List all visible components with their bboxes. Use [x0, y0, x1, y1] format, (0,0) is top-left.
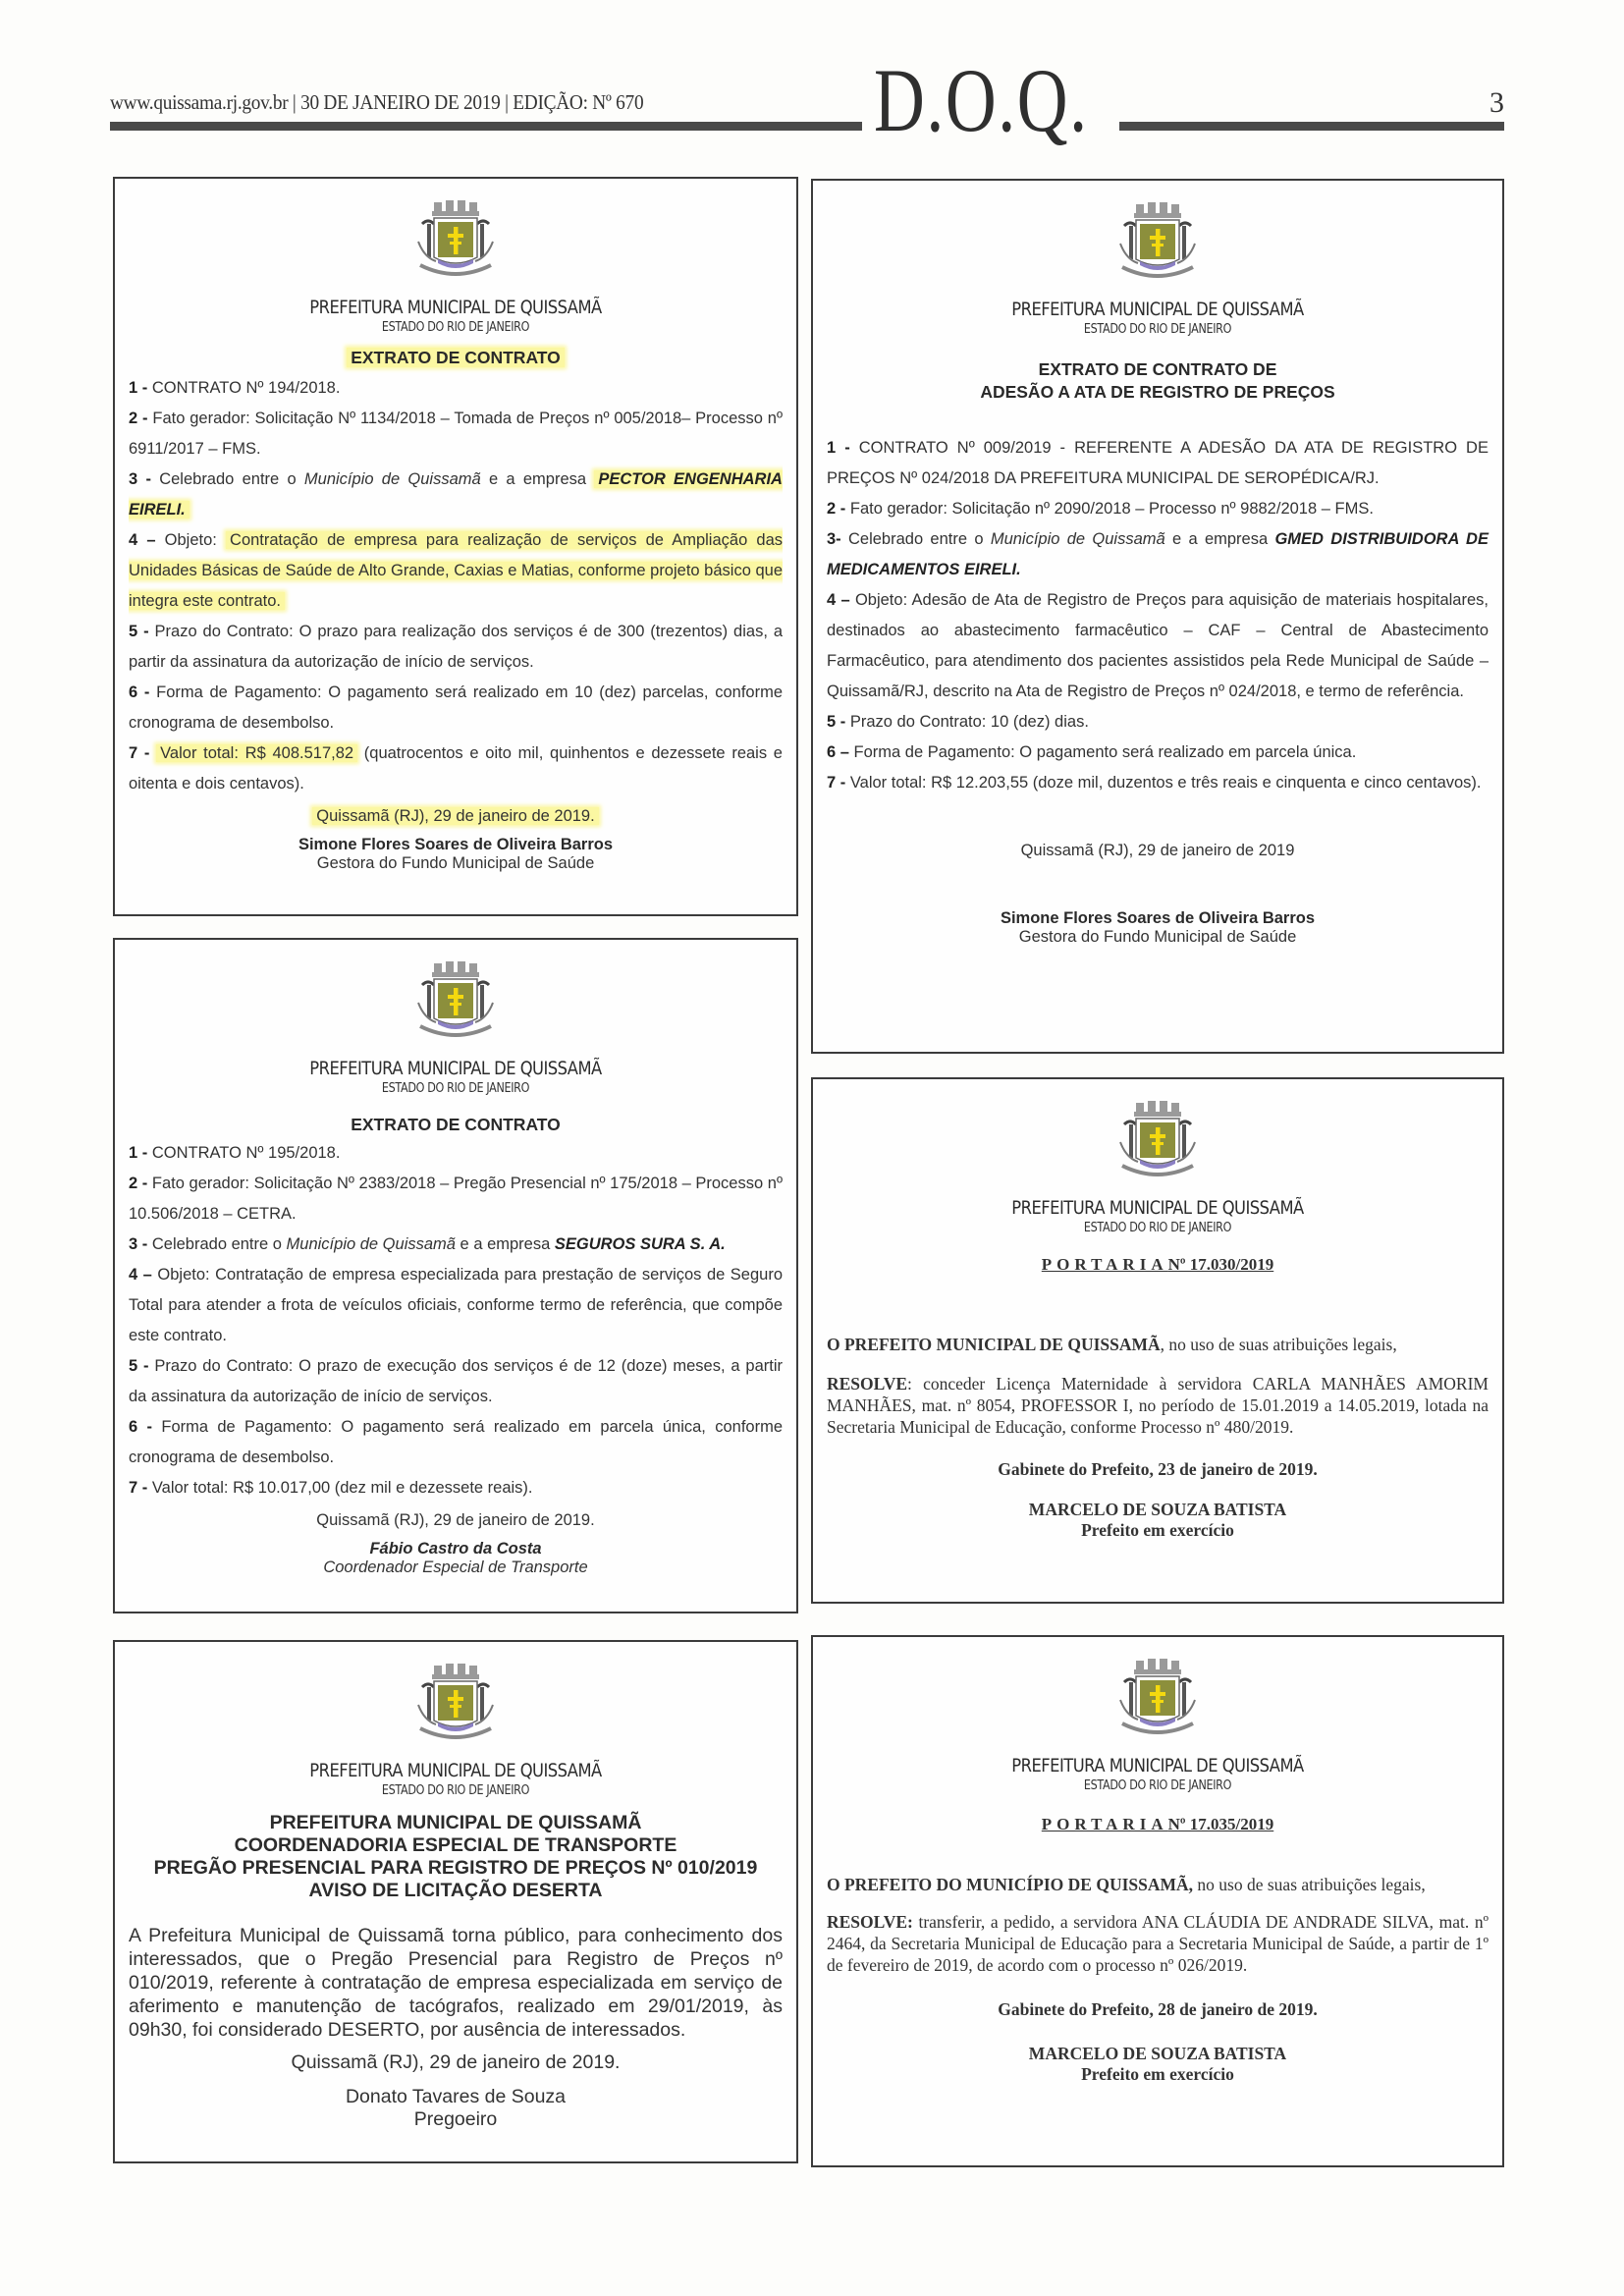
crest [827, 1657, 1489, 1741]
prefeitura-heading: PREFEITURA MUNICIPAL DE QUISSAMÃ [873, 1197, 1442, 1219]
prefeitura-heading: PREFEITURA MUNICIPAL DE QUISSAMÃ [175, 1058, 737, 1079]
aviso-licitacao-deserta-box: PREFEITURA MUNICIPAL DE QUISSAMÃ ESTADO … [113, 1640, 798, 2163]
notice-title: EXTRATO DE CONTRATO DE ADESÃO A ATA DE R… [827, 358, 1489, 404]
crest [129, 198, 783, 283]
portaria-title: PORTARIANº 17.035/2019 [827, 1815, 1489, 1834]
prefeitura-heading: PREFEITURA MUNICIPAL DE QUISSAMÃ [175, 297, 737, 318]
coat-of-arms-icon [1116, 1099, 1199, 1183]
list-item: 5 - Prazo do Contrato: 10 (dez) dias. [827, 707, 1489, 738]
doq-logo: D.O.Q. [874, 55, 1089, 145]
list-item: 2 - Fato gerador: Solicitação Nº 2383/20… [129, 1169, 783, 1230]
list-item: 3 - Celebrado entre o Município de Quiss… [129, 1230, 783, 1260]
estado-subheading: ESTADO DO RIO DE JANEIRO [175, 1783, 737, 1798]
extrato-contrato-194-box: PREFEITURA MUNICIPAL DE QUISSAMÃ ESTADO … [113, 177, 798, 916]
list-item: 4 – Objeto: Contratação de empresa para … [129, 525, 783, 617]
portaria-resolve: RESOLVE: transferir, a pedido, a servido… [827, 1911, 1489, 1976]
portaria-17030-box: PREFEITURA MUNICIPAL DE QUISSAMÃ ESTADO … [811, 1077, 1504, 1604]
list-item: 1 - CONTRATO Nº 195/2018. [129, 1138, 783, 1169]
estado-subheading: ESTADO DO RIO DE JANEIRO [175, 320, 737, 335]
page-number: 3 [1489, 86, 1504, 120]
signer-role: Coordenador Especial de Transporte [129, 1558, 783, 1577]
signer-name: MARCELO DE SOUZA BATISTA [827, 2044, 1489, 2064]
coat-of-arms-icon [414, 198, 497, 283]
list-item: 7 - Valor total: R$ 408.517,82 (quatroce… [129, 738, 783, 799]
masthead-rule-right [1119, 122, 1504, 131]
place-date: Quissamã (RJ), 29 de janeiro de 2019. [129, 807, 783, 826]
prefeitura-heading: PREFEITURA MUNICIPAL DE QUISSAMÃ [873, 1755, 1442, 1777]
gabinete-date: Gabinete do Prefeito, 23 de janeiro de 2… [827, 1459, 1489, 1480]
aviso-title: PREFEITURA MUNICIPAL DE QUISSAMÃ COORDEN… [129, 1812, 783, 1902]
crest [827, 1099, 1489, 1183]
signer-name: Simone Flores Soares de Oliveira Barros [129, 836, 783, 854]
portaria-17035-box: PREFEITURA MUNICIPAL DE QUISSAMÃ ESTADO … [811, 1635, 1504, 2167]
gabinete-date: Gabinete do Prefeito, 28 de janeiro de 2… [827, 1999, 1489, 2020]
estado-subheading: ESTADO DO RIO DE JANEIRO [873, 1778, 1442, 1793]
list-item: 7 - Valor total: R$ 12.203,55 (doze mil,… [827, 768, 1489, 798]
list-item: 5 - Prazo do Contrato: O prazo para real… [129, 617, 783, 678]
place-date: Quissamã (RJ), 29 de janeiro de 2019. [129, 2051, 783, 2074]
total-value: Valor total: R$ 408.517,82 [156, 744, 357, 762]
list-item: 7 - Valor total: R$ 10.017,00 (dez mil e… [129, 1473, 783, 1503]
estado-subheading: ESTADO DO RIO DE JANEIRO [873, 1221, 1442, 1235]
masthead-rule-left [110, 122, 862, 131]
portaria-title: PORTARIANº 17.030/2019 [827, 1255, 1489, 1275]
extrato-adesao-ata-box: PREFEITURA MUNICIPAL DE QUISSAMÃ ESTADO … [811, 179, 1504, 1054]
portaria-intro: O PREFEITO DO MUNICÍPIO DE QUISSAMÃ, no … [827, 1874, 1489, 1895]
list-item: 1 - CONTRATO Nº 009/2019 - REFERENTE A A… [827, 433, 1489, 494]
list-item: 3 - Celebrado entre o Município de Quiss… [129, 465, 783, 525]
prefeitura-heading: PREFEITURA MUNICIPAL DE QUISSAMÃ [175, 1760, 737, 1781]
extrato-contrato-195-box: PREFEITURA MUNICIPAL DE QUISSAMÃ ESTADO … [113, 938, 798, 1613]
signer-name: Fábio Castro da Costa [129, 1540, 783, 1558]
estado-subheading: ESTADO DO RIO DE JANEIRO [175, 1081, 737, 1096]
company-name: SEGUROS SURA S. A. [555, 1235, 726, 1253]
signer-role: Pregoeiro [129, 2108, 783, 2131]
place-date: Quissamã (RJ), 29 de janeiro de 2019 [827, 842, 1489, 860]
signer-name: MARCELO DE SOUZA BATISTA [827, 1500, 1489, 1520]
signer-role: Prefeito em exercício [827, 2064, 1489, 2085]
masthead: www.quissama.rj.gov.br | 30 DE JANEIRO D… [110, 59, 1504, 147]
aviso-body: A Prefeitura Municipal de Quissamã torna… [129, 1924, 783, 2042]
list-item: 6 – Forma de Pagamento: O pagamento será… [827, 738, 1489, 768]
site-date-edition: www.quissama.rj.gov.br | 30 DE JANEIRO D… [110, 90, 643, 115]
place-date: Quissamã (RJ), 29 de janeiro de 2019. [129, 1511, 783, 1530]
coat-of-arms-icon [414, 1662, 497, 1746]
signer-role: Gestora do Fundo Municipal de Saúde [129, 854, 783, 873]
list-item: 1 - CONTRATO Nº 194/2018. [129, 373, 783, 404]
portaria-resolve: RESOLVE: conceder Licença Maternidade à … [827, 1373, 1489, 1438]
list-item: 4 – Objeto: Contratação de empresa espec… [129, 1260, 783, 1351]
list-item: 6 - Forma de Pagamento: O pagamento será… [129, 1412, 783, 1473]
coat-of-arms-icon [414, 959, 497, 1044]
list-item: 4 – Objeto: Adesão de Ata de Registro de… [827, 585, 1489, 707]
crest [827, 200, 1489, 285]
coat-of-arms-icon [1116, 200, 1199, 285]
list-item: 5 - Prazo do Contrato: O prazo de execuç… [129, 1351, 783, 1412]
notice-title: EXTRATO DE CONTRATO [129, 347, 783, 369]
signer-name: Donato Tavares de Souza [129, 2086, 783, 2108]
estado-subheading: ESTADO DO RIO DE JANEIRO [873, 322, 1442, 337]
portaria-intro: O PREFEITO MUNICIPAL DE QUISSAMÃ, no uso… [827, 1334, 1489, 1355]
list-item: 6 - Forma de Pagamento: O pagamento será… [129, 678, 783, 738]
crest [129, 1662, 783, 1746]
notice-title: EXTRATO DE CONTRATO [129, 1114, 783, 1136]
signer-role: Gestora do Fundo Municipal de Saúde [827, 928, 1489, 947]
signer-name: Simone Flores Soares de Oliveira Barros [827, 909, 1489, 928]
prefeitura-heading: PREFEITURA MUNICIPAL DE QUISSAMÃ [873, 299, 1442, 320]
list-item: 2 - Fato gerador: Solicitação nº 2090/20… [827, 494, 1489, 524]
signer-role: Prefeito em exercício [827, 1520, 1489, 1541]
coat-of-arms-icon [1116, 1657, 1199, 1741]
crest [129, 959, 783, 1044]
list-item: 3- Celebrado entre o Município de Quissa… [827, 524, 1489, 585]
list-item: 2 - Fato gerador: Solicitação Nº 1134/20… [129, 404, 783, 465]
